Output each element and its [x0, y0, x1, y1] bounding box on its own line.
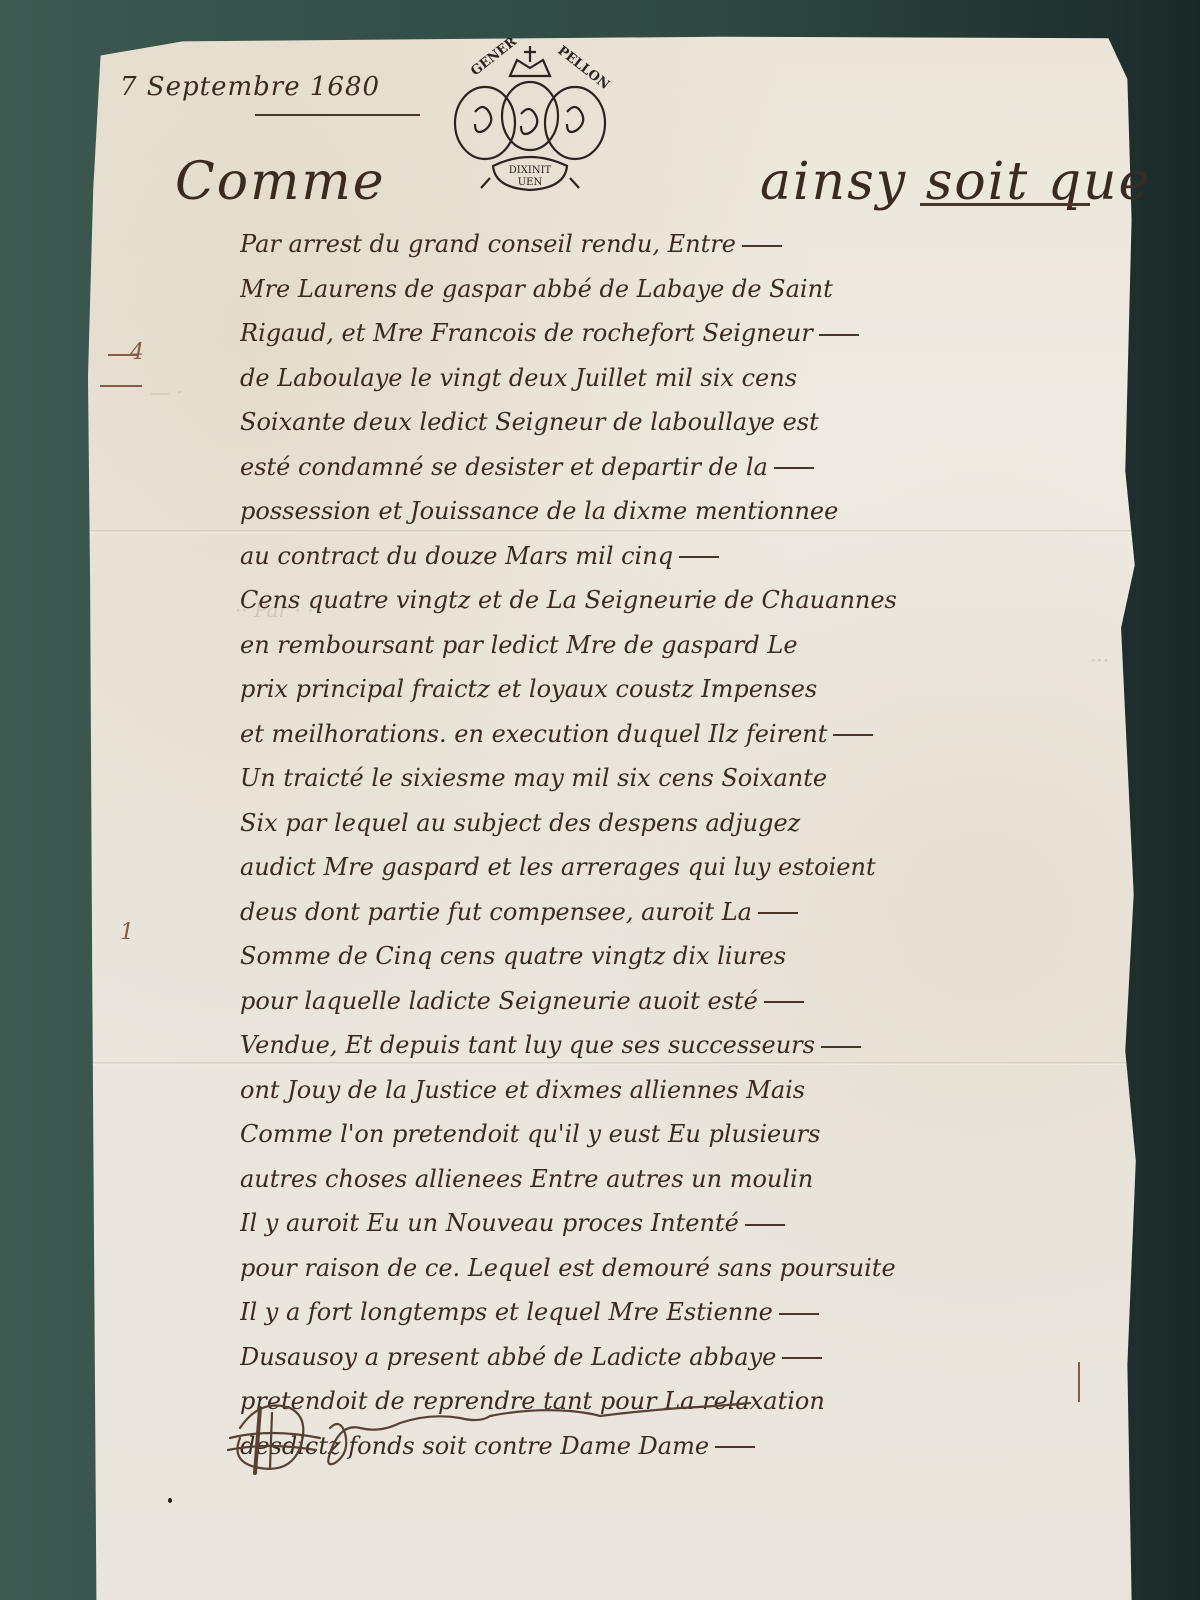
- line-filler-stroke: [679, 556, 719, 558]
- line-filler-stroke: [920, 203, 1090, 206]
- text-line: pour laquelle ladicte Seigneurie auoit e…: [240, 979, 1110, 1024]
- text-line: Somme de Cinq cens quatre vingtz dix liu…: [240, 934, 1110, 979]
- signature: [200, 1388, 900, 1478]
- text-line: esté condamné se desister et departir de…: [240, 445, 1110, 490]
- text-line: en remboursant par ledict Mre de gaspard…: [240, 623, 1110, 668]
- text-line: au contract du douze Mars mil cinq: [240, 534, 1110, 579]
- line-filler-stroke: [774, 467, 814, 469]
- line-filler-stroke: [764, 1001, 804, 1003]
- text-line: audict Mre gaspard et les arrerages qui …: [240, 845, 1110, 890]
- text-line: Soixante deux ledict Seigneur de laboull…: [240, 400, 1110, 445]
- stamp-motto-line2: UEN: [518, 177, 543, 188]
- line-filler-stroke: [758, 912, 798, 914]
- text-line: Vendue, Et depuis tant luy que ses succe…: [240, 1023, 1110, 1068]
- ink-speck: [168, 1498, 172, 1503]
- text-line: Dusausoy a present abbé de Ladicte abbay…: [240, 1335, 1110, 1380]
- margin-mark: [108, 354, 138, 356]
- margin-mark: [1078, 1362, 1080, 1402]
- text-line: autres choses allienees Entre autres un …: [240, 1157, 1110, 1202]
- margin-mark: [100, 385, 142, 387]
- text-line: Mre Laurens de gaspar abbé de Labaye de …: [240, 267, 1110, 312]
- line-filler-stroke: [742, 245, 782, 247]
- date-header: 7 Septembre 1680: [120, 72, 380, 102]
- text-line: Il y auroit Eu un Nouveau proces Intenté: [240, 1201, 1110, 1246]
- text-line: ont Jouy de la Justice et dixmes allienn…: [240, 1068, 1110, 1113]
- stamp-emblem-icon: GENER PELLON DIXINIT UEN: [445, 38, 615, 193]
- date-underline: [255, 114, 420, 116]
- text-line: possession et Jouissance de la dixme men…: [240, 489, 1110, 534]
- text-line: Cens quatre vingtz et de La Seigneurie d…: [240, 578, 1110, 623]
- line-filler-stroke: [779, 1313, 819, 1315]
- line-filler-stroke: [821, 1046, 861, 1048]
- text-line: et meilhorations. en execution duquel Il…: [240, 712, 1110, 757]
- text-line: Rigaud, et Mre Francois de rochefort Sei…: [240, 311, 1110, 356]
- signature-flourish-icon: [200, 1388, 900, 1478]
- bleed-through-text: — ·: [150, 380, 183, 404]
- stamp-text-right: PELLON: [555, 43, 613, 93]
- opening-heading: Comme ainsy soit que: [175, 152, 385, 212]
- text-line: prix principal fraictz et loyaux coustz …: [240, 667, 1110, 712]
- line-filler-stroke: [819, 334, 859, 336]
- text-line: Un traicté le sixiesme may mil six cens …: [240, 756, 1110, 801]
- line-filler-stroke: [833, 734, 873, 736]
- line-filler-stroke: [745, 1224, 785, 1226]
- margin-note: 4: [130, 340, 144, 365]
- text-line: Il y a fort longtemps et lequel Mre Esti…: [240, 1290, 1110, 1335]
- margin-note: 1: [120, 920, 134, 945]
- manuscript-body: Par arrest du grand conseil rendu, Entre…: [240, 222, 1110, 1468]
- text-line: Par arrest du grand conseil rendu, Entre: [240, 222, 1110, 267]
- text-line: de Laboulaye le vingt deux Juillet mil s…: [240, 356, 1110, 401]
- line-filler-stroke: [782, 1357, 822, 1359]
- text-line: deus dont partie fut compensee, auroit L…: [240, 890, 1110, 935]
- heading-word-comme: Comme: [175, 152, 385, 212]
- text-line: Six par lequel au subject des despens ad…: [240, 801, 1110, 846]
- revenue-stamp: GENER PELLON DIXINIT UEN: [445, 38, 615, 193]
- text-line: pour raison de ce. Lequel est demouré sa…: [240, 1246, 1110, 1291]
- text-line: Comme l'on pretendoit qu'il y eust Eu pl…: [240, 1112, 1110, 1157]
- stamp-motto-line1: DIXINIT: [509, 165, 552, 176]
